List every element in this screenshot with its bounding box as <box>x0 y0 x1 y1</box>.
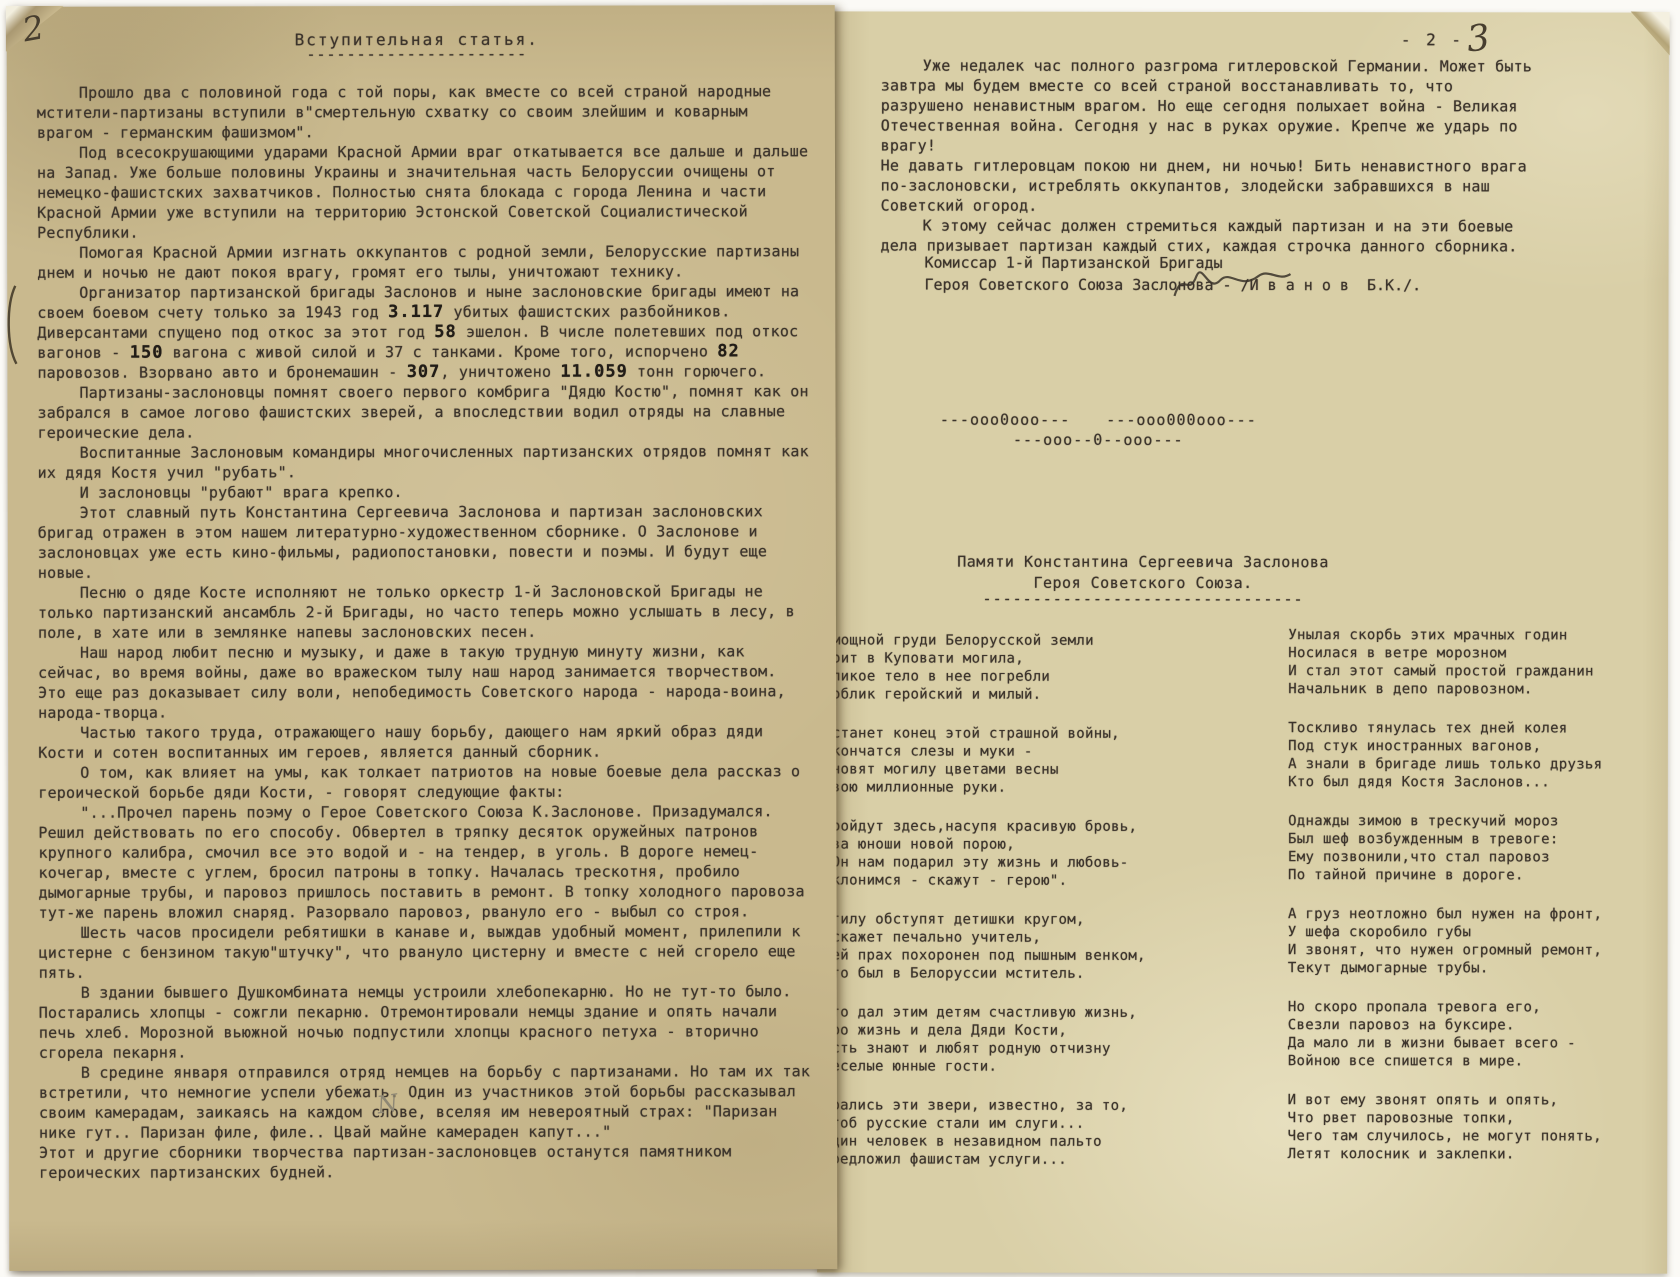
paragraph: Партизаны-заслоновцы помнят своего перво… <box>37 381 809 443</box>
poem-column-right: Унылая скорбь этих мрачных годинНосилася… <box>1288 626 1654 1191</box>
poem-column-left: мощной груди Белорусской землиоит в Купо… <box>831 625 1274 1190</box>
poem-line: Начальник в депо паровозном. <box>1288 680 1654 699</box>
poem-line: ва юноши новой порою, <box>832 835 1274 854</box>
left-page-sheet: 2 Вступительная статья. ----------------… <box>7 5 838 1271</box>
poem-line: ликое тело в нее погребли <box>832 667 1274 686</box>
handwritten-check-mark: N <box>375 1089 400 1120</box>
poem-line: Тоскливо тянулась тех дней колея <box>1288 719 1654 738</box>
poem-stanza: Унылая скорбь этих мрачных годинНосилася… <box>1288 626 1654 699</box>
paragraph: Помогая Красной Армии изгнать оккупантов… <box>37 241 809 283</box>
paragraph: Не давать гитлеровцам покою ни днем, ни … <box>881 155 1545 216</box>
paragraph: Частью такого труда, отражающего нашу бо… <box>38 721 810 763</box>
poem-stanza: И вот ему звонят опять и опять,Что рвет … <box>1288 1091 1654 1164</box>
paragraph: Песню о дяде Косте исполняют не только о… <box>38 581 810 643</box>
poem-line: Однажды зимою в трескучий мороз <box>1288 812 1654 831</box>
poem-line: гилу обступят детишки кругом, <box>832 910 1274 929</box>
poem-line: Чего там случилось, не могут понять, <box>1288 1127 1654 1146</box>
right-page-number-typed: - 2 - <box>1401 30 1464 49</box>
right-page-sheet: - 2 - 3 Уже недалек час полного разгрома… <box>817 11 1669 1273</box>
paragraph: Уже недалек час полного разгрома гитлеро… <box>881 55 1545 156</box>
paragraph: Прошло два с половиной года с той поры, … <box>37 81 809 143</box>
poem-line: Был шеф возбужденным в тревоге: <box>1288 830 1654 849</box>
poem-line: новят могилу цветами весны <box>832 760 1274 779</box>
poem-line: Кто был дядя Костя Заслонов... <box>1288 773 1654 792</box>
paragraph: Организатор партизанской бригады Заслоно… <box>37 281 809 383</box>
poem-line: рались эти звери, известно, за то, <box>831 1096 1273 1115</box>
paragraph: И заслоновцы "рубают" врага крепко. <box>38 481 810 503</box>
poem-line: Текут дымогарные трубы. <box>1288 959 1654 978</box>
poem-stanza: гилу обступят детишки кругом,скажет печа… <box>832 910 1274 983</box>
poem-line: мощной груди Белорусской земли <box>832 631 1274 650</box>
poem-line: клонимся - скажут - герою". <box>832 871 1274 890</box>
poem-line: У шефа скоробило губы <box>1288 923 1654 942</box>
poem-line: скажет печально учитель, <box>832 928 1274 947</box>
poem-stanza: станет конец этой страшной войны,кончатс… <box>832 724 1274 797</box>
typographic-ornament: ---ооо0ооо------ооо000ооо--- ---ооо--0--… <box>818 409 1378 450</box>
poem-line: Под стук иностранных вагонов, <box>1288 737 1654 756</box>
paragraph: Наш народ любит песню и музыку, и даже в… <box>38 641 810 723</box>
poem-stanza: ройдут здесь,насупя красивую бровь,ва юн… <box>832 817 1274 890</box>
paragraph: "...Прочел парень поэму о Герое Советско… <box>38 801 810 923</box>
poem-stanza: Тоскливо тянулась тех дней колеяПод стук… <box>1288 719 1654 792</box>
paragraph: Этот и другие сборники творчества партиз… <box>39 1141 811 1183</box>
poem-line: И звонят, что нужен огромный ремонт, <box>1288 941 1654 960</box>
paragraph: О том, как влияет на умы, как толкает па… <box>38 761 810 803</box>
handwritten-signature-stroke <box>1166 266 1296 306</box>
poem-line: вою миллионные руки. <box>832 778 1274 797</box>
poem-line: Свезли паровоз на буксире. <box>1288 1016 1654 1035</box>
margin-bracket-mark <box>3 283 19 367</box>
paragraph: Шесть часов просидели ребятишки в канаве… <box>39 921 811 983</box>
paragraph: Под всесокрушающими ударами Красной Арми… <box>37 141 809 243</box>
poem-stanza: мощной груди Белорусской землиоит в Купо… <box>832 631 1274 704</box>
poem-title-underline: -------------------------------- <box>908 594 1378 605</box>
poem-line: то дал этим детям счастливую жизнь, <box>831 1003 1273 1022</box>
paragraph: К этому сейчас должен стремиться каждый … <box>881 215 1545 256</box>
paragraph: Этот славный путь Константина Сергеевича… <box>38 501 810 583</box>
poem-stanza: Однажды зимою в трескучий морозБыл шеф в… <box>1288 812 1654 885</box>
signature-block: Комиссар 1-й Партизанской Бригады Героя … <box>924 252 1421 297</box>
right-page-intro: Уже недалек час полного разгрома гитлеро… <box>881 55 1545 256</box>
poem-line: Войною все спишется в мире. <box>1288 1052 1654 1071</box>
poem-stanza: то дал этим детям счастливую жизнь,ро жи… <box>831 1003 1273 1076</box>
poem-line: то был в Белоруссии мститель. <box>832 964 1274 983</box>
handwritten-number: 82 <box>717 341 740 361</box>
document-scan: 2 Вступительная статья. ----------------… <box>0 0 1680 1277</box>
poem-line: Ему позвонили,что стал паровоз <box>1288 848 1654 867</box>
handwritten-number: 3.117 <box>388 302 444 322</box>
poem-stanza: А груз неотложно был нужен на фронт,У ше… <box>1288 905 1654 978</box>
left-page-header: Вступительная статья. ------------------… <box>7 29 827 60</box>
title-underline: ---------------------- <box>7 48 827 60</box>
poem-stanza: Но скоро пропала тревога его,Свезли паро… <box>1288 998 1654 1071</box>
poem-title-line-1: Памяти Константина Сергеевича Заслонова <box>908 552 1378 574</box>
paragraph: В средине января отправился отряд немцев… <box>39 1061 811 1143</box>
ornament-row-2: ---ооо--0--ооо--- <box>818 429 1378 450</box>
poem-line: облик геройский и милый. <box>832 685 1274 704</box>
poem-line: сть знают и любят родную отчизну <box>831 1039 1273 1058</box>
poem-line: тоб русские стали им слуги... <box>831 1114 1273 1133</box>
poem-line: Но скоро пропала тревога его, <box>1288 998 1654 1017</box>
right-page-number-handwritten: 3 <box>1465 17 1492 60</box>
poem-stanza: рались эти звери, известно, за то,тоб ру… <box>831 1096 1273 1169</box>
poem-line: кончатся слезы и муки - <box>832 742 1274 761</box>
poem-line: еселые юнные гости. <box>831 1057 1273 1076</box>
poem-line: ройдут здесь,насупя красивую бровь, <box>832 817 1274 836</box>
poem-line: А знали в бригаде лишь только друзья <box>1288 755 1654 774</box>
handwritten-number: 58 <box>434 322 457 342</box>
ornament-row-1: ---ооо0ооо------ооо000ооо--- <box>818 409 1378 430</box>
left-page-body: Прошло два с половиной года с той поры, … <box>37 81 811 1183</box>
poem-line: Он нам подарил эту жизнь и любовь- <box>832 853 1274 872</box>
poem-line: дин человек в незавидном пальто <box>831 1132 1273 1151</box>
poem-line: Унылая скорбь этих мрачных годин <box>1288 626 1654 645</box>
paragraph: В здании бывшего Душкомбината немцы устр… <box>39 981 811 1063</box>
poem-line: оит в Куповати могила, <box>832 649 1274 668</box>
poem-line: А груз неотложно был нужен на фронт, <box>1288 905 1654 924</box>
ornament-left: ---ооо0ооо--- <box>940 411 1070 429</box>
poem-line: Летят колосник и заклепки. <box>1288 1145 1654 1164</box>
poem-line: По тайной причине в дороге. <box>1288 866 1654 885</box>
poem-line: редложил фашистам услуги... <box>831 1150 1273 1169</box>
ornament-right: ---ооо000ооо--- <box>1106 411 1256 429</box>
poem-line: ей прах похоронен под пышным венком, <box>832 946 1274 965</box>
poem-line: Что рвет паровозные топки, <box>1288 1109 1654 1128</box>
handwritten-number: 150 <box>130 343 164 363</box>
poem-columns: мощной груди Белорусской землиоит в Купо… <box>831 625 1654 1190</box>
paragraph: Воспитанные Заслоновым командиры многочи… <box>38 441 810 483</box>
poem-header: Памяти Константина Сергеевича Заслонова … <box>908 552 1378 605</box>
poem-line: станет конец этой страшной войны, <box>832 724 1274 743</box>
handwritten-number: 11.059 <box>560 362 627 382</box>
poem-line: Да мало ли в жизни бывает всего - <box>1288 1034 1654 1053</box>
poem-line: ро жизнь и дела Дяди Кости, <box>831 1021 1273 1040</box>
poem-line: Носилася в ветре морозном <box>1288 644 1654 663</box>
handwritten-number: 307 <box>407 362 441 382</box>
poem-line: И стал этот самый простой гражданин <box>1288 662 1654 681</box>
poem-line: И вот ему звонят опять и опять, <box>1288 1091 1654 1110</box>
